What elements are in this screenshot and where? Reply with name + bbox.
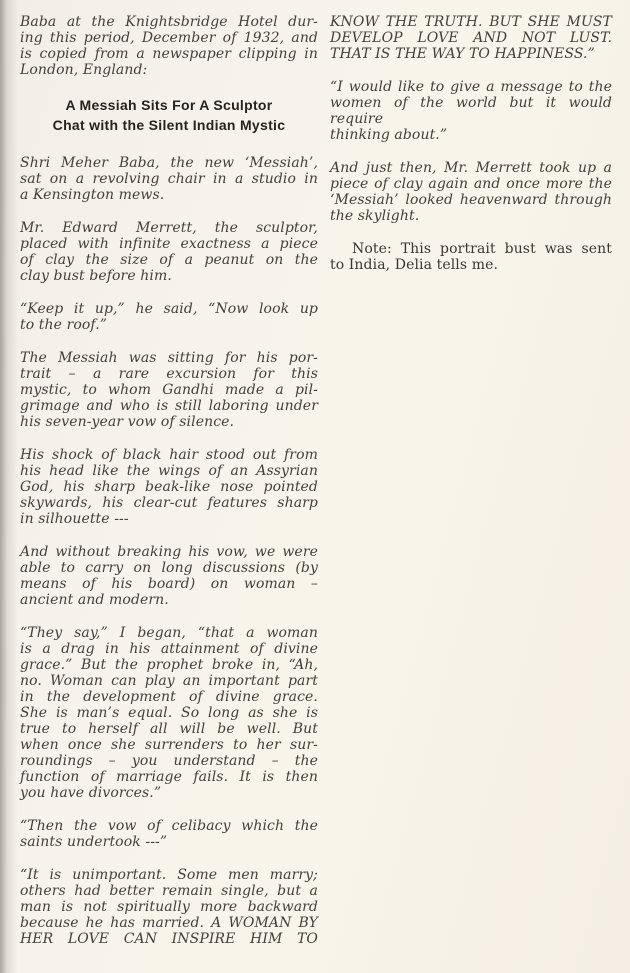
page-binding-shadow <box>0 0 18 973</box>
text-line: of clay the size of a peanut on the <box>20 252 318 268</box>
paragraph: And without breaking his vow, we wereabl… <box>20 544 318 608</box>
paragraph: “Then the vow of celibacy which thesaint… <box>20 818 318 850</box>
text-line: in silhouette --- <box>20 511 318 527</box>
text-line: Shri Meher Baba, the new ‘Messiah’, <box>20 155 318 171</box>
text-line: because he has married. A WOMAN BY <box>20 915 318 931</box>
text-line: And without breaking his vow, we were <box>20 544 318 560</box>
text-line: ‘Messiah’ looked heavenward through <box>330 192 612 208</box>
text-line: in the development of divine grace. <box>20 689 318 705</box>
text-line: His shock of black hair stood out from <box>20 447 318 463</box>
text-line: you have divorces.” <box>20 785 318 801</box>
text-line: no. Woman can play an important part <box>20 673 318 689</box>
column-left: Baba at the Knightsbridge Hotel dur-ing … <box>20 14 318 973</box>
text-line: HER LOVE CAN INSPIRE HIM TO <box>20 931 318 947</box>
text-line: ancient and modern. <box>20 592 318 608</box>
text-line: man is not spiritually more backward <box>20 899 318 915</box>
text-line: skywards, his clear-cut features sharp <box>20 495 318 511</box>
text-line: the skylight. <box>330 208 612 224</box>
text-line: piece of clay again and once more the <box>330 176 612 192</box>
text-line: “They say,” I began, “that a woman <box>20 625 318 641</box>
text-line: sat on a revolving chair in a studio in <box>20 171 318 187</box>
text-line: placed with infinite exactness a piece <box>20 236 318 252</box>
text-line: Baba at the Knightsbridge Hotel dur- <box>20 14 318 30</box>
text-line: London, England: <box>20 62 318 78</box>
text-line: roundings – you understand – the <box>20 753 318 769</box>
text-line: And just then, Mr. Merrett took up a <box>330 160 612 176</box>
section-heading: A Messiah Sits For A SculptorChat with t… <box>20 95 318 135</box>
text-line: thinking about.” <box>330 127 612 143</box>
text-line: his seven-year vow of silence. <box>20 414 318 430</box>
text-line: Chat with the Silent Indian Mystic <box>20 115 318 135</box>
paragraph: KNOW THE TRUTH. BUT SHE MUSTDEVELOP LOVE… <box>330 14 612 62</box>
text-line: means of his board) on woman – <box>20 576 318 592</box>
text-line: “It is unimportant. Some men marry; <box>20 867 318 883</box>
text-line: grace.” But the prophet broke in, “Ah, <box>20 657 318 673</box>
paragraph: Shri Meher Baba, the new ‘Messiah’,sat o… <box>20 155 318 203</box>
text-line: THAT IS THE WAY TO HAPPINESS.” <box>330 46 612 62</box>
text-line: The Messiah was sitting for his por- <box>20 350 318 366</box>
text-line: mystic, to whom Gandhi made a pil- <box>20 382 318 398</box>
text-line: Mr. Edward Merrett, the sculptor, <box>20 220 318 236</box>
paragraph: “Keep it up,” he said, “Now look upto th… <box>20 301 318 333</box>
paragraph: Baba at the Knightsbridge Hotel dur-ing … <box>20 14 318 78</box>
text-line: is copied from a newspaper clipping in <box>20 46 318 62</box>
paragraph: The Messiah was sitting for his por-trai… <box>20 350 318 430</box>
paragraph: Note: This portrait bust was sentto Indi… <box>330 241 612 273</box>
text-line: “Keep it up,” he said, “Now look up <box>20 301 318 317</box>
text-line: true to herself all will be well. But <box>20 721 318 737</box>
text-line: saints undertook ---” <box>20 834 318 850</box>
text-line: able to carry on long discussions (by <box>20 560 318 576</box>
text-line: grimage and who is still laboring under <box>20 398 318 414</box>
paragraph: Mr. Edward Merrett, the sculptor,placed … <box>20 220 318 284</box>
paragraph: And just then, Mr. Merrett took up apiec… <box>330 160 612 224</box>
text-line: ing this period, December of 1932, and <box>20 30 318 46</box>
paragraph: “It is unimportant. Some men marry;other… <box>20 867 318 947</box>
text-line: God, his sharp beak-like nose pointed <box>20 479 318 495</box>
text-line: trait – a rare excursion for this <box>20 366 318 382</box>
text-line: clay bust before him. <box>20 268 318 284</box>
text-line: to India, Delia tells me. <box>330 257 612 273</box>
text-line: others had better remain single, but a <box>20 883 318 899</box>
text-line: to the roof.” <box>20 317 318 333</box>
text-line: function of marriage fails. It is then <box>20 769 318 785</box>
text-line: A Messiah Sits For A Sculptor <box>20 95 318 115</box>
scanned-page: Baba at the Knightsbridge Hotel dur-ing … <box>0 0 630 973</box>
paragraph: His shock of black hair stood out fromhi… <box>20 447 318 527</box>
text-line: “I would like to give a message to the <box>330 79 612 95</box>
text-line: DEVELOP LOVE AND NOT LUST. <box>330 30 612 46</box>
column-right: KNOW THE TRUTH. BUT SHE MUSTDEVELOP LOVE… <box>330 14 612 973</box>
paragraph: “I would like to give a message to thewo… <box>330 79 612 143</box>
text-line: “Then the vow of celibacy which the <box>20 818 318 834</box>
text-line: She is man’s equal. So long as she is <box>20 705 318 721</box>
text-line: women of the world but it would require <box>330 95 612 127</box>
text-line: is a drag in his attainment of divine <box>20 641 318 657</box>
text-line: KNOW THE TRUTH. BUT SHE MUST <box>330 14 612 30</box>
text-line: when once she surrenders to her sur- <box>20 737 318 753</box>
paragraph: “They say,” I began, “that a womanis a d… <box>20 625 318 801</box>
text-line: his head like the wings of an Assyrian <box>20 463 318 479</box>
text-line: a Kensington mews. <box>20 187 318 203</box>
text-line: Note: This portrait bust was sent <box>330 241 612 257</box>
